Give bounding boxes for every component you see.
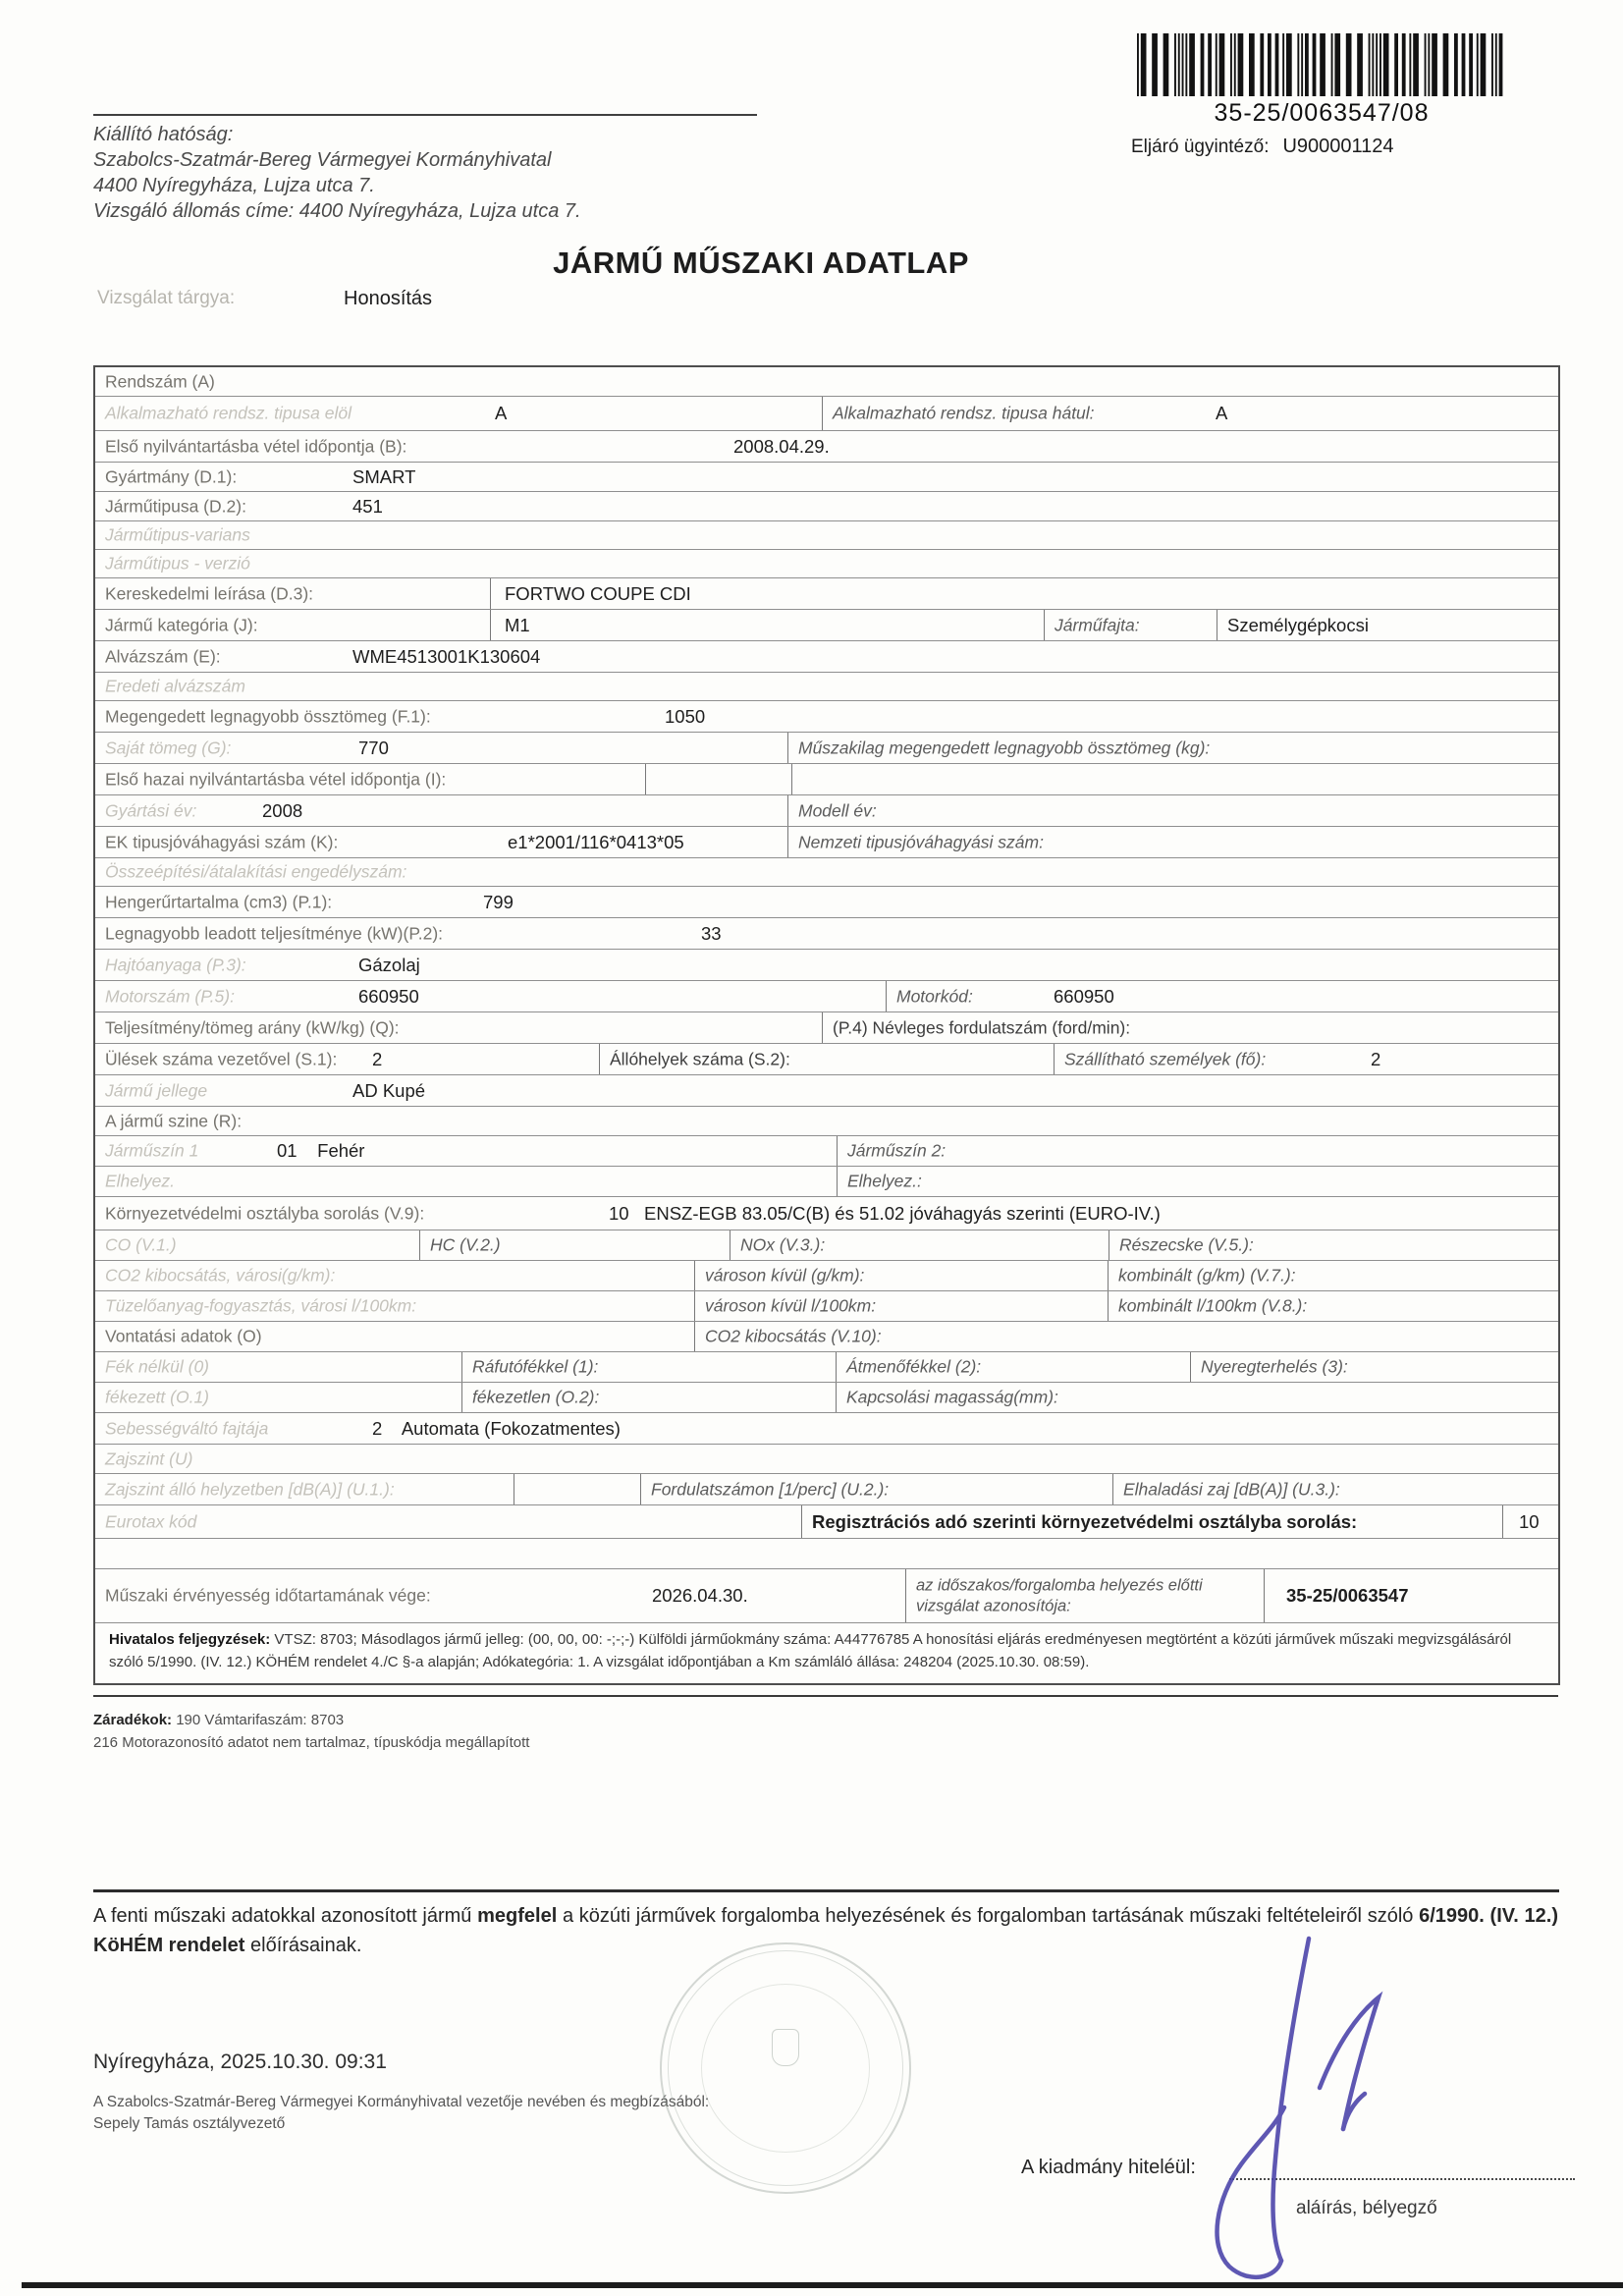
field-label: fékezetlen (O.2):	[472, 1388, 599, 1408]
table-row: Fék nélkül (0)Ráfutófékkel (1):Átmenőfék…	[95, 1352, 1558, 1383]
table-row: Ülések száma vezetővel (S.1):2Állóhelyek…	[95, 1044, 1558, 1075]
table-cell: Megengedett legnagyobb össztömeg (F.1):1…	[95, 701, 1558, 732]
field-label: Átmenőfékkel (2):	[846, 1357, 981, 1378]
issuer-address: 4400 Nyíregyháza, Lujza utca 7.	[93, 173, 581, 198]
clauses-line2: 216 Motorazonosító adatot nem tartalmaz,…	[93, 1731, 529, 1754]
table-cell: NOx (V.3.):	[730, 1230, 1109, 1260]
table-cell: Fék nélkül (0)	[95, 1352, 461, 1382]
table-cell: CO2 kibocsátás (V.10):	[694, 1322, 1558, 1351]
table-row: Elhelyez.Elhelyez.:	[95, 1167, 1558, 1197]
table-cell: Eurotax kód	[95, 1505, 801, 1538]
table-cell: Hengerűrtartalma (cm3) (P.1):799	[95, 887, 1558, 917]
field-label: Szállítható személyek (fő):	[1064, 1049, 1266, 1069]
field-value: SMART	[352, 466, 415, 488]
field-label: Eredeti alvázszám	[105, 677, 245, 697]
table-cell: Tüzelőanyag-fogyasztás, városi l/100km:	[95, 1291, 694, 1321]
field-label: Első hazai nyilvántartásba vétel időpont…	[105, 769, 446, 790]
field-label: Alkalmazható rendsz. tipusa elöl	[105, 404, 352, 424]
field-label: Műszaki érvényesség időtartamának vége:	[105, 1586, 431, 1607]
field-value: FORTWO COUPE CDI	[505, 583, 691, 605]
table-cell: CO (V.1.)	[95, 1230, 419, 1260]
field-label: Hengerűrtartalma (cm3) (P.1):	[105, 892, 332, 912]
field-value: Személygépkocsi	[1227, 615, 1369, 636]
field-label: Járműszín 1	[105, 1141, 198, 1162]
table-cell: Ülések száma vezetővel (S.1):2	[95, 1044, 599, 1074]
field-label: kombinált (g/km) (V.7.):	[1118, 1266, 1296, 1286]
subject-label: Vizsgálat tárgya:	[97, 288, 235, 309]
barcode-block: 35-25/0063547/08	[1127, 33, 1540, 128]
table-row: Első hazai nyilvántartásba vétel időpont…	[95, 764, 1558, 795]
signature-ink	[1155, 1925, 1430, 2292]
table-row: Környezetvédelmi osztályba sorolás (V.9)…	[95, 1197, 1558, 1230]
field-value: 2008.04.29.	[733, 436, 830, 458]
compliance-text: a közúti járművek forgalomba helyezéséne…	[557, 1905, 1419, 1927]
table-cell: Járműtipusa (D.2):451	[95, 492, 1558, 520]
table-row: Megengedett legnagyobb össztömeg (F.1):1…	[95, 701, 1558, 733]
field-label: Motorkód:	[896, 986, 973, 1007]
field-label: CO2 kibocsátás (V.10):	[705, 1327, 882, 1347]
table-cell: városon kívül l/100km:	[694, 1291, 1108, 1321]
official-notes: Hivatalos feljegyzések: VTSZ: 8703; Máso…	[95, 1623, 1558, 1683]
table-row: Gyártási év:2008Modell év:	[95, 795, 1558, 827]
field-label: Gyártási év:	[105, 800, 196, 821]
table-row: Eredeti alvázszám	[95, 673, 1558, 701]
table-cell: Jármű kategória (J):	[95, 610, 490, 640]
field-value: e1*2001/116*0413*05	[508, 832, 684, 853]
field-value: 10	[1519, 1511, 1540, 1533]
table-cell: CO2 kibocsátás, városi(g/km):	[95, 1261, 694, 1290]
table-cell: Elhaladási zaj [dB(A)] (U.3.):	[1112, 1474, 1558, 1504]
clauses-lead: Záradékok:	[93, 1712, 172, 1728]
section-divider	[93, 1695, 1558, 1697]
table-cell: Saját tömeg (G):770	[95, 733, 787, 763]
field-label: az időszakos/forgalomba helyezés előtti …	[916, 1575, 1250, 1615]
table-cell: Kapcsolási magasság(mm):	[836, 1383, 1558, 1412]
field-label: Kapcsolási magasság(mm):	[846, 1388, 1058, 1408]
table-cell: Járműtipus-varians	[95, 521, 1558, 549]
field-label: Járműtipus-varians	[105, 525, 250, 546]
table-cell: Regisztrációs adó szerinti környezetvéde…	[801, 1505, 1502, 1538]
authority-line: A Szabolcs-Szatmár-Bereg Vármegyei Kormá…	[93, 2092, 709, 2113]
table-cell: Műszakilag megengedett legnagyobb össztö…	[787, 733, 1558, 763]
field-label: Rendszám (A)	[105, 371, 215, 392]
table-cell: 10	[1502, 1505, 1558, 1538]
field-label: Gyártmány (D.1):	[105, 466, 237, 487]
table-cell: Környezetvédelmi osztályba sorolás (V.9)…	[95, 1197, 1558, 1230]
field-label: Járműtipus - verzió	[105, 554, 250, 574]
table-row: Hengerűrtartalma (cm3) (P.1):799	[95, 887, 1558, 918]
table-cell: Kereskedelmi leírása (D.3):	[95, 578, 490, 609]
table-cell: A jármű szine (R):	[95, 1107, 1558, 1135]
field-value: 2026.04.30.	[652, 1585, 748, 1607]
field-label: Nemzeti tipusjóváhagyási szám:	[798, 832, 1044, 852]
field-label: Járműfajta:	[1055, 615, 1140, 635]
table-cell: FORTWO COUPE CDI	[490, 578, 1558, 609]
table-row: Teljesítmény/tömeg arány (kW/kg) (Q):(P.…	[95, 1012, 1558, 1044]
official-notes-text: VTSZ: 8703; Másodlagos jármű jelleg: (00…	[109, 1631, 1511, 1670]
table-cell: Műszaki érvényesség időtartamának vége:2…	[95, 1569, 905, 1622]
table-cell: Szállítható személyek (fő):2	[1054, 1044, 1558, 1074]
signer-name: Sepely Tamás osztályvezető	[93, 2113, 709, 2135]
field-label: EK tipusjóváhagyási szám (K):	[105, 832, 338, 852]
field-label: Zajszint álló helyzetben [dB(A)] (U.1.):	[105, 1479, 395, 1500]
table-cell: Első hazai nyilvántartásba vétel időpont…	[95, 764, 645, 794]
table-cell: Motorszám (P.5):660950	[95, 981, 886, 1011]
table-row: Hajtóanyaga (P.3):Gázolaj	[95, 950, 1558, 981]
field-label: Állóhelyek száma (S.2):	[610, 1049, 790, 1069]
field-label: Összeépítési/átalakítási engedélyszám:	[105, 862, 406, 883]
table-row: Járműtipus-varians	[95, 521, 1558, 550]
field-label: Eurotax kód	[105, 1511, 196, 1532]
field-value: 10 ENSZ-EGB 83.05/C(B) és 51.02 jóváhagy…	[609, 1203, 1161, 1225]
field-value: 1050	[665, 706, 705, 728]
table-cell: kombinált (g/km) (V.7.):	[1108, 1261, 1558, 1290]
field-label: Alvázszám (E):	[105, 646, 221, 667]
field-label: kombinált l/100km (V.8.):	[1118, 1296, 1307, 1317]
table-row: EK tipusjóváhagyási szám (K):e1*2001/116…	[95, 827, 1558, 858]
table-row: Kereskedelmi leírása (D.3):FORTWO COUPE …	[95, 578, 1558, 610]
table-cell	[514, 1474, 640, 1504]
table-cell: Elhelyez.:	[837, 1167, 1558, 1196]
field-label: Részecske (V.5.):	[1119, 1235, 1254, 1256]
field-value: 660950	[358, 986, 419, 1008]
table-cell: Első nyilvántartásba vétel időpontja (B)…	[95, 431, 1558, 462]
table-cell: Hajtóanyaga (P.3):Gázolaj	[95, 950, 1558, 980]
table-row: Alkalmazható rendsz. tipusa elölAAlkalma…	[95, 397, 1558, 431]
field-label: Megengedett legnagyobb össztömeg (F.1):	[105, 706, 431, 727]
field-value: Gázolaj	[358, 955, 420, 976]
field-label: Elhelyez.	[105, 1172, 175, 1192]
clerk-label: Eljáró ügyintéző:	[1131, 137, 1269, 157]
table-row: Járműtipus - verzió	[95, 550, 1558, 578]
table-row: Gyártmány (D.1):SMART	[95, 463, 1558, 492]
data-table-rows: Rendszám (A)Alkalmazható rendsz. tipusa …	[95, 367, 1558, 1623]
table-row: Összeépítési/átalakítási engedélyszám:	[95, 858, 1558, 887]
field-label: Ráfutófékkel (1):	[472, 1357, 598, 1378]
table-cell: Elhelyez.	[95, 1167, 837, 1196]
table-row: Legnagyobb leadott teljesítménye (kW)(P.…	[95, 918, 1558, 950]
issuer-station-address: Vizsgáló állomás címe: 4400 Nyíregyháza,…	[93, 198, 581, 224]
field-label: Nyeregterhelés (3):	[1201, 1357, 1348, 1378]
field-label: fékezett (O.1)	[105, 1388, 209, 1408]
table-cell: Sebességváltó fajtája2 Automata (Fokozat…	[95, 1413, 1558, 1444]
table-cell: 35-25/0063547	[1264, 1569, 1558, 1622]
table-cell: Motorkód:660950	[886, 981, 1558, 1011]
field-label: A jármű szine (R):	[105, 1111, 242, 1131]
field-label: CO2 kibocsátás, városi(g/km):	[105, 1266, 335, 1286]
field-value: 770	[358, 738, 389, 759]
table-cell: EK tipusjóváhagyási szám (K):e1*2001/116…	[95, 827, 787, 857]
field-value: A	[495, 403, 507, 424]
table-cell: Összeépítési/átalakítási engedélyszám:	[95, 858, 1558, 886]
table-row: Sebességváltó fajtája2 Automata (Fokozat…	[95, 1413, 1558, 1445]
bottom-scan-edge	[22, 2282, 1623, 2288]
place-and-date: Nyíregyháza, 2025.10.30. 09:31	[93, 2050, 387, 2074]
table-row: Alvázszám (E):WME4513001K130604	[95, 641, 1558, 673]
field-value: 33	[701, 923, 722, 945]
table-cell: Teljesítmény/tömeg arány (kW/kg) (Q):	[95, 1012, 822, 1043]
field-value: A	[1216, 403, 1227, 424]
field-label: Fordulatszámon [1/perc] (U.2.):	[651, 1479, 889, 1500]
page-title: JÁRMŰ MŰSZAKI ADATLAP	[93, 246, 1429, 281]
stamp-crest-icon	[772, 2029, 799, 2066]
field-value: 660950	[1054, 986, 1114, 1008]
table-cell: Járműtipus - verzió	[95, 550, 1558, 577]
table-cell: Részecske (V.5.):	[1109, 1230, 1558, 1260]
section-divider-2	[93, 1889, 1559, 1892]
barcode-number: 35-25/0063547/08	[1127, 99, 1516, 128]
field-label: Hajtóanyaga (P.3):	[105, 955, 246, 975]
table-cell: Rendszám (A)	[95, 367, 1558, 396]
table-cell: Alkalmazható rendsz. tipusa hátul:A	[822, 397, 1558, 430]
table-cell: Zajszint álló helyzetben [dB(A)] (U.1.):	[95, 1474, 514, 1504]
table-row: CO (V.1.)HC (V.2.)NOx (V.3.):Részecske (…	[95, 1230, 1558, 1261]
table-cell: Nyeregterhelés (3):	[1190, 1352, 1558, 1382]
table-cell: HC (V.2.)	[419, 1230, 730, 1260]
table-cell: (P.4) Névleges fordulatszám (ford/min):	[822, 1012, 1558, 1043]
table-cell: Állóhelyek száma (S.2):	[599, 1044, 1054, 1074]
round-stamp-icon	[660, 1942, 911, 2194]
field-label: Teljesítmény/tömeg arány (kW/kg) (Q):	[105, 1017, 400, 1038]
field-label: CO (V.1.)	[105, 1235, 177, 1256]
table-cell: Eredeti alvázszám	[95, 673, 1558, 700]
table-row: A jármű szine (R):	[95, 1107, 1558, 1136]
field-label: (P.4) Névleges fordulatszám (ford/min):	[833, 1017, 1130, 1038]
table-row: fékezett (O.1)fékezetlen (O.2):Kapcsolás…	[95, 1383, 1558, 1413]
field-label: Fék nélkül (0)	[105, 1357, 209, 1378]
table-row: Tüzelőanyag-fogyasztás, városi l/100km:v…	[95, 1291, 1558, 1322]
field-value: AD Kupé	[352, 1080, 425, 1102]
field-label: Modell év:	[798, 800, 877, 821]
table-row: Műszaki érvényesség időtartamának vége:2…	[95, 1569, 1558, 1623]
subject-value: Honosítás	[344, 288, 432, 310]
table-row: Eurotax kódRegisztrációs adó szerinti kö…	[95, 1505, 1558, 1539]
table-cell: fékezetlen (O.2):	[461, 1383, 836, 1412]
issuer-label: Kiállító hatóság:	[93, 122, 581, 147]
table-row: Járműtipusa (D.2):451	[95, 492, 1558, 521]
barcode-icon	[1137, 33, 1506, 96]
table-row: Járműszín 101 FehérJárműszín 2:	[95, 1136, 1558, 1167]
table-cell: fékezett (O.1)	[95, 1383, 461, 1412]
field-label: Jármű jellege	[105, 1080, 207, 1101]
table-cell: Gyártmány (D.1):SMART	[95, 463, 1558, 491]
table-cell: Jármű jellegeAD Kupé	[95, 1075, 1558, 1106]
compliance-bold-megfelel: megfelel	[477, 1905, 557, 1927]
table-row: CO2 kibocsátás, városi(g/km):városon kív…	[95, 1261, 1558, 1291]
table-row: Zajszint álló helyzetben [dB(A)] (U.1.):…	[95, 1474, 1558, 1505]
field-value: M1	[505, 615, 530, 636]
table-row: Saját tömeg (G):770Műszakilag megengedet…	[95, 733, 1558, 764]
field-value: 2008	[262, 800, 302, 822]
table-cell: Járműszín 101 Fehér	[95, 1136, 837, 1166]
field-label: Elhaladási zaj [dB(A)] (U.3.):	[1123, 1479, 1340, 1500]
clauses-line1: Záradékok: 190 Vámtarifaszám: 8703	[93, 1709, 529, 1731]
field-label: Vontatási adatok (O)	[105, 1327, 262, 1347]
field-label: Saját tömeg (G):	[105, 738, 231, 758]
field-label: Elhelyez.:	[847, 1172, 922, 1192]
table-row	[95, 1539, 1558, 1569]
field-label: Első nyilvántartásba vétel időpontja (B)…	[105, 436, 406, 457]
table-row: Jármű jellegeAD Kupé	[95, 1075, 1558, 1107]
field-value: 2	[372, 1049, 382, 1070]
table-row: Zajszint (U)	[95, 1445, 1558, 1474]
field-label: Műszakilag megengedett legnagyobb össztö…	[798, 738, 1210, 758]
field-label: Járműtipusa (D.2):	[105, 496, 246, 517]
document-page: Kiállító hatóság: Szabolcs-Szatmár-Bereg…	[0, 0, 1623, 2296]
table-cell: Fordulatszámon [1/perc] (U.2.):	[640, 1474, 1112, 1504]
table-cell: Személygépkocsi	[1217, 610, 1558, 640]
field-value: 01 Fehér	[277, 1140, 364, 1162]
field-label: Jármű kategória (J):	[105, 615, 258, 635]
field-label: HC (V.2.)	[430, 1235, 501, 1256]
table-cell: Modell év:	[787, 795, 1558, 826]
table-cell: Zajszint (U)	[95, 1445, 1558, 1473]
clauses-block: Záradékok: 190 Vámtarifaszám: 8703 216 M…	[93, 1709, 529, 1755]
table-row: Rendszám (A)	[95, 367, 1558, 397]
inspection-subject: Vizsgálat tárgya: Honosítás	[93, 288, 977, 315]
table-cell	[95, 1539, 1558, 1568]
field-label: Regisztrációs adó szerinti környezetvéde…	[812, 1511, 1357, 1533]
table-cell: az időszakos/forgalomba helyezés előtti …	[905, 1569, 1264, 1622]
field-label: Járműszín 2:	[847, 1141, 946, 1162]
clerk-line: Eljáró ügyintéző:U900001124	[1131, 136, 1394, 158]
field-label: Környezetvédelmi osztályba sorolás (V.9)…	[105, 1203, 424, 1224]
table-cell: kombinált l/100km (V.8.):	[1108, 1291, 1558, 1321]
table-row: Motorszám (P.5):660950Motorkód:660950	[95, 981, 1558, 1012]
field-label: Legnagyobb leadott teljesítménye (kW)(P.…	[105, 923, 443, 944]
table-row: Vontatási adatok (O)CO2 kibocsátás (V.10…	[95, 1322, 1558, 1352]
table-cell: Legnagyobb leadott teljesítménye (kW)(P.…	[95, 918, 1558, 949]
table-cell: Gyártási év:2008	[95, 795, 787, 826]
field-label: városon kívül l/100km:	[705, 1296, 876, 1317]
table-cell	[645, 764, 791, 794]
field-label: Alkalmazható rendsz. tipusa hátul:	[833, 404, 1095, 424]
issuer-name: Szabolcs-Szatmár-Bereg Vármegyei Kormány…	[93, 147, 581, 173]
table-cell: városon kívül (g/km):	[694, 1261, 1108, 1290]
table-cell: Nemzeti tipusjóváhagyási szám:	[787, 827, 1558, 857]
authority-signature-block: A Szabolcs-Szatmár-Bereg Vármegyei Kormá…	[93, 2092, 709, 2136]
field-label: Motorszám (P.5):	[105, 986, 235, 1007]
official-notes-lead: Hivatalos feljegyzések:	[109, 1631, 270, 1648]
field-value: 2	[1371, 1049, 1380, 1070]
table-row: Első nyilvántartásba vétel időpontja (B)…	[95, 431, 1558, 463]
field-value: 35-25/0063547	[1286, 1585, 1408, 1607]
field-value: WME4513001K130604	[352, 646, 540, 668]
field-label: városon kívül (g/km):	[705, 1266, 864, 1286]
table-cell: Vontatási adatok (O)	[95, 1322, 694, 1351]
table-cell: Alkalmazható rendsz. tipusa elölA	[95, 397, 822, 430]
table-cell: Alvázszám (E):WME4513001K130604	[95, 641, 1558, 672]
table-cell: Járműfajta:	[1044, 610, 1217, 640]
table-cell: Átmenőfékkel (2):	[836, 1352, 1190, 1382]
field-value: 451	[352, 496, 383, 518]
clauses-line1-rest: 190 Vámtarifaszám: 8703	[172, 1712, 344, 1728]
table-cell: M1	[490, 610, 1044, 640]
clerk-value: U900001124	[1282, 136, 1393, 157]
table-cell	[791, 764, 1558, 794]
field-label: Sebességváltó fajtája	[105, 1418, 268, 1439]
field-value: 799	[483, 892, 514, 913]
table-row: Jármű kategória (J):M1Járműfajta:Személy…	[95, 610, 1558, 641]
field-label: Ülések száma vezetővel (S.1):	[105, 1049, 337, 1069]
field-label: Zajszint (U)	[105, 1449, 192, 1469]
compliance-text: előírásainak.	[244, 1935, 361, 1956]
issuer-block: Kiállító hatóság: Szabolcs-Szatmár-Bereg…	[93, 122, 581, 224]
compliance-text: A fenti műszaki adatokkal azonosított já…	[93, 1905, 477, 1927]
table-cell: Járműszín 2:	[837, 1136, 1558, 1166]
field-label: Kereskedelmi leírása (D.3):	[105, 583, 313, 604]
header-divider	[93, 114, 757, 116]
field-value: 2 Automata (Fokozatmentes)	[372, 1418, 621, 1440]
field-label: Tüzelőanyag-fogyasztás, városi l/100km:	[105, 1296, 416, 1317]
table-cell: Ráfutófékkel (1):	[461, 1352, 836, 1382]
field-label: NOx (V.3.):	[740, 1235, 825, 1256]
data-table: Rendszám (A)Alkalmazható rendsz. tipusa …	[93, 365, 1560, 1685]
